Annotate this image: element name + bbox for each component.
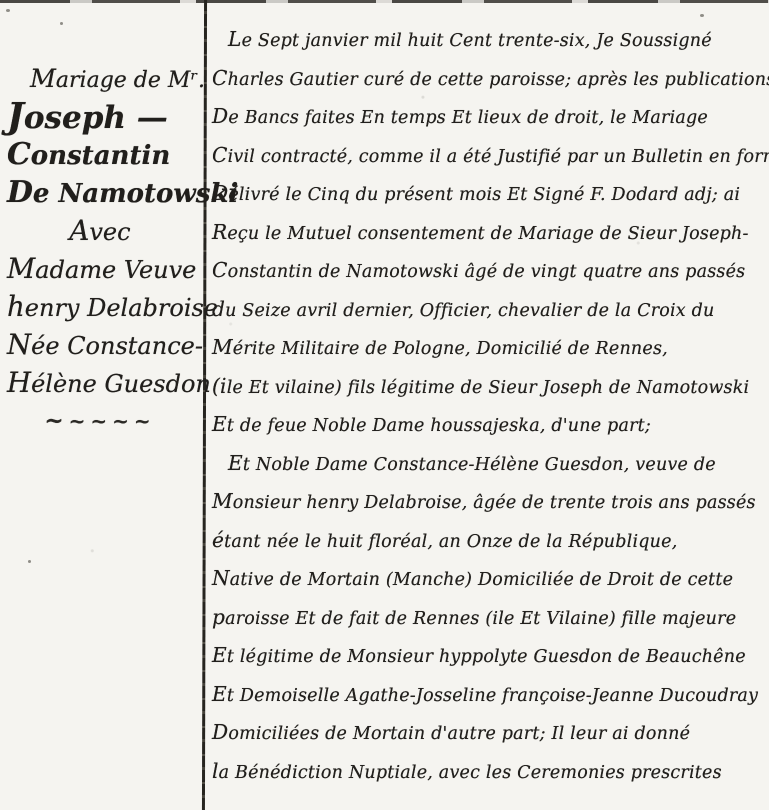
margin-note-line: henry Delabroise (0, 288, 200, 326)
body-text-line: Et de feue Noble Dame houssajeska, d'une… (212, 405, 769, 444)
body-text-line: étant née le huit floréal, an Onze de la… (212, 521, 769, 560)
body-text-line: Reçu le Mutuel consentement de Mariage d… (212, 213, 769, 252)
body-text-line: Mérite Militaire de Pologne, Domicilié d… (212, 328, 769, 367)
margin-note-line: Avec (0, 212, 200, 250)
body-text-line: Native de Mortain (Manche) Domiciliée de… (212, 559, 769, 598)
ink-speck (60, 22, 63, 25)
body-text-line: paroisse Et de fait de Rennes (ile Et Vi… (212, 598, 769, 637)
body-text-line: Domiciliées de Mortain d'autre part; Il … (212, 713, 769, 752)
body-text-line: Charles Gautier curé de cette paroisse; … (212, 59, 769, 98)
margin-divider-rule (202, 0, 207, 810)
body-text-line: Et légitime de Monsieur hyppolyte Guesdo… (212, 636, 769, 675)
margin-note-line: Hélène Guesdon (0, 364, 200, 402)
margin-note-line: Née Constance- (0, 326, 200, 364)
body-text-line: Monsieur henry Delabroise, âgée de trent… (212, 482, 769, 521)
body-text-line: Constantin de Namotowski âgé de vingt qu… (212, 251, 769, 290)
body-text: Le Sept janvier mil huit Cent trente-six… (212, 0, 769, 790)
body-text-line: De Bancs faites En temps Et lieux de dro… (212, 97, 769, 136)
body-text-line: (ile Et vilaine) fils légitime de Sieur … (212, 367, 769, 406)
body-text-line: Et Noble Dame Constance-Hélène Guesdon, … (212, 444, 769, 483)
body-text-line: la Bénédiction Nuptiale, avec les Ceremo… (212, 752, 769, 791)
margin-note-line: Madame Veuve (0, 250, 200, 288)
margin-note-line: Constantin (0, 136, 200, 174)
margin-flourish: ~~~~~ (0, 402, 200, 440)
body-text-line: Civil contracté, comme il a été Justifié… (212, 136, 769, 175)
margin-note-line: Mariage de Mʳ. (0, 60, 200, 98)
scanned-marriage-record-page: Mariage de Mʳ. Joseph — Constantin De Na… (0, 0, 769, 810)
body-text-line: Et Demoiselle Agathe-Josseline françoise… (212, 675, 769, 714)
margin-note-line: De Namotowski (0, 174, 200, 212)
body-text-line: Le Sept janvier mil huit Cent trente-six… (212, 20, 769, 59)
ink-speck (6, 9, 10, 12)
margin-note: Mariage de Mʳ. Joseph — Constantin De Na… (0, 60, 200, 440)
body-text-line: du Seize avril dernier, Officier, cheval… (212, 290, 769, 329)
body-text-line: Délivré le Cinq du présent mois Et Signé… (212, 174, 769, 213)
margin-note-line: Joseph — (0, 98, 200, 136)
ink-speck (28, 560, 31, 563)
